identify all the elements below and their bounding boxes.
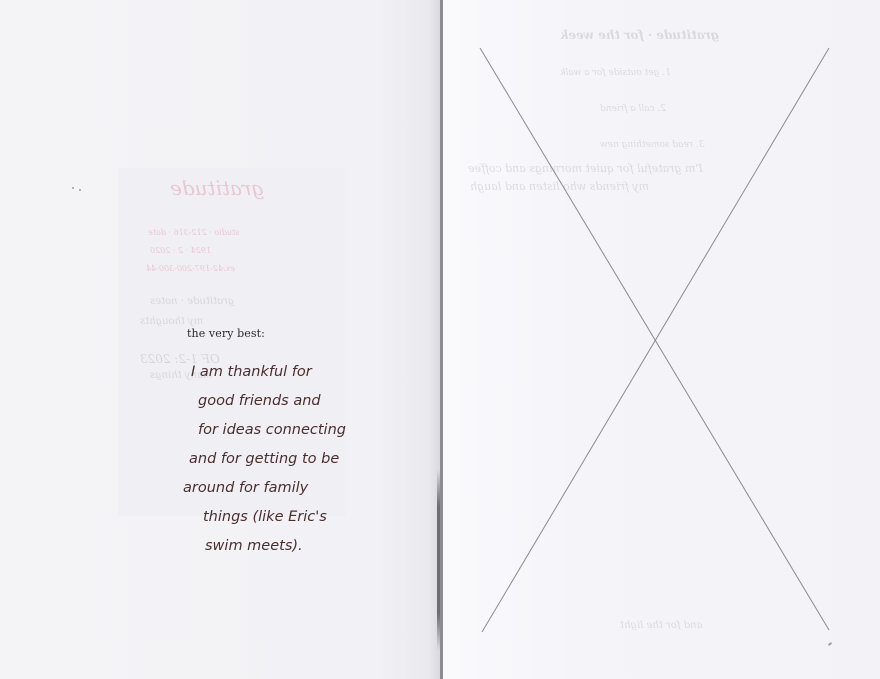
cross-out-x-icon [0,0,880,679]
